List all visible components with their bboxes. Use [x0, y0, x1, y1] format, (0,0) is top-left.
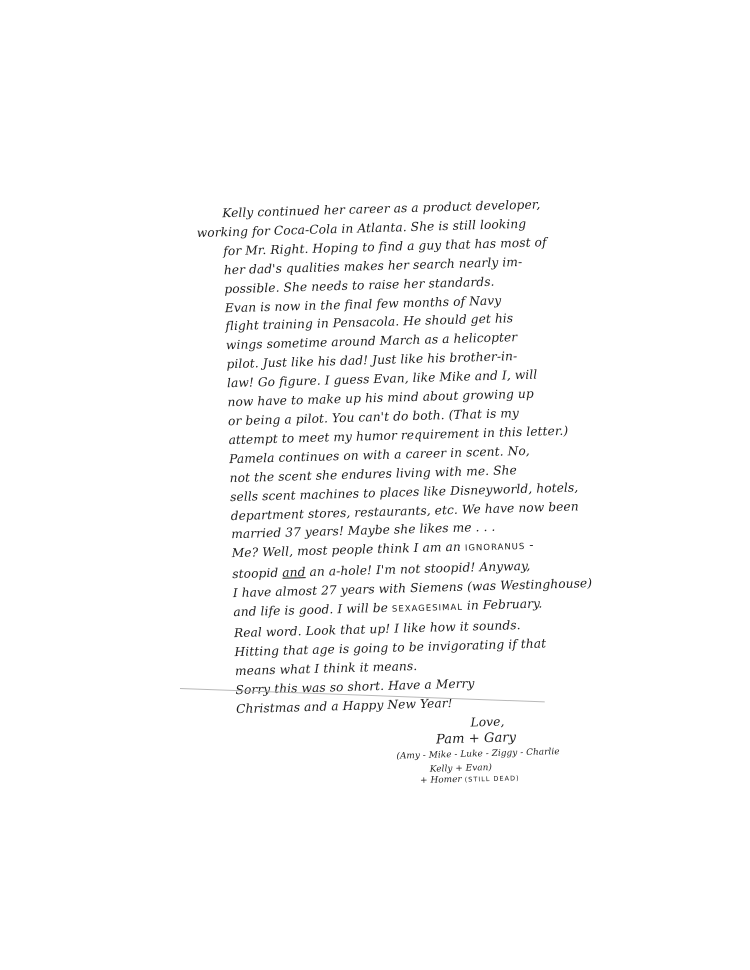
letter-closing: Love, Pam + Gary (Amy - Mike - Luke - Zi…: [210, 711, 572, 801]
small-caps-word: IGNORANUS: [465, 542, 526, 554]
handwritten-letter: Kelly continued her career as a product …: [196, 195, 573, 801]
underlined-word: and: [282, 565, 306, 580]
paragraph-evan: Evan is now in the final few months of N…: [199, 289, 563, 450]
small-caps-word: SEXAGESIMAL: [392, 603, 463, 615]
paragraph-kelly: Kelly continued her career as a product …: [196, 195, 558, 300]
paragraph-pamela: Pamela continues on with a career in sce…: [203, 441, 565, 546]
paragraph-gary: Me? Well, most people think I am an IGNO…: [206, 535, 570, 681]
pet-note: + Homer (STILL DEAD): [420, 770, 520, 792]
small-caps-note: (STILL DEAD): [465, 775, 520, 785]
